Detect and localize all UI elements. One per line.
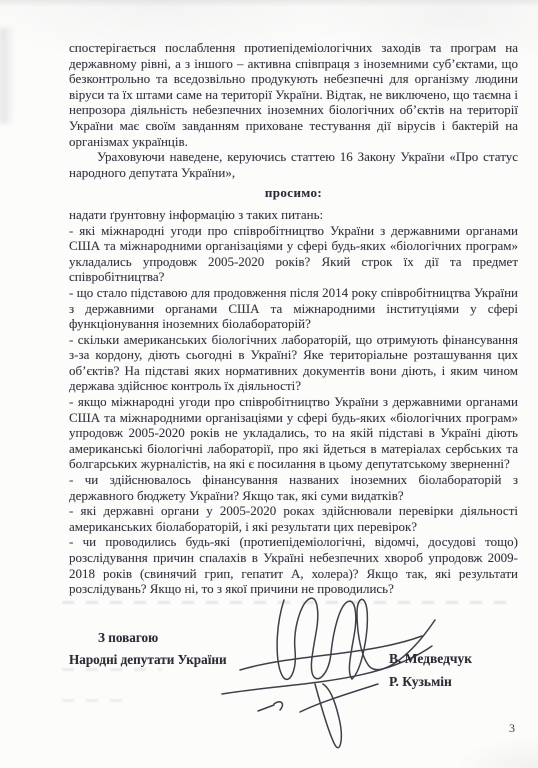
closing-block: З повагою Народні депутати України <box>69 627 227 670</box>
page-number: 3 <box>509 721 515 736</box>
scan-top-shading <box>0 0 538 7</box>
question-item: - чи здійснювалось фінансування названих… <box>69 472 518 503</box>
signatory-names: В. Медведчук Р. Кузьмін <box>389 648 472 693</box>
document-body: спостерігається послаблення протиепідемі… <box>69 40 518 597</box>
closing-salutation: З повагою <box>69 627 227 649</box>
question-item: - якщо міжнародні угоди про співробітниц… <box>69 394 518 472</box>
question-item: - скільки американських біологічних лабо… <box>69 332 518 394</box>
scan-left-smudge <box>0 28 15 124</box>
paragraph-continuation: спостерігається послаблення протиепідемі… <box>69 40 518 149</box>
request-intro: надати ґрунтовну інформацію з таких пита… <box>69 207 518 223</box>
question-item: - які державні органи у 2005-2020 роках … <box>69 503 518 534</box>
question-item: - які міжнародні угоди про співробітницт… <box>69 223 518 285</box>
scanned-document-page: спостерігається послаблення протиепідемі… <box>0 0 538 768</box>
closing-signatory-title: Народні депутати України <box>69 649 227 671</box>
bleed-through-marks <box>62 699 132 702</box>
request-heading: просимо: <box>69 185 518 201</box>
question-item: - що стало підставою для продовження піс… <box>69 285 518 332</box>
paragraph-legal-basis: Ураховуючи наведене, керуючись статтею 1… <box>69 149 518 180</box>
signatory-name: В. Медведчук <box>389 648 472 671</box>
signatory-name: Р. Кузьмін <box>389 671 472 694</box>
